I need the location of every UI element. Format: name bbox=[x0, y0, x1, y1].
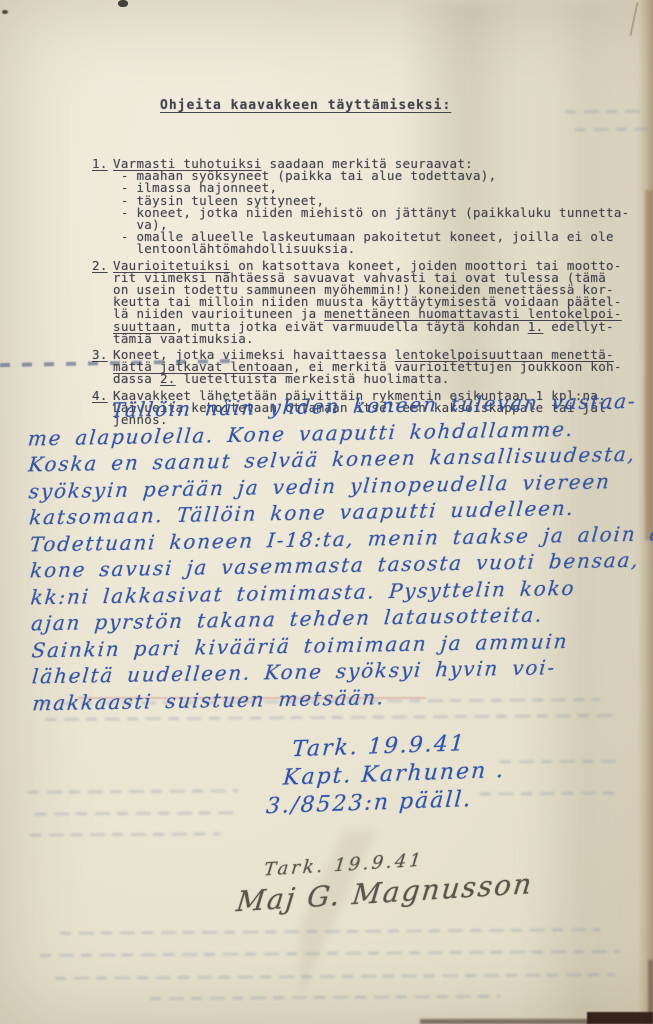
typed-line: lentoonlähtömahdollisuuksia. bbox=[113, 243, 632, 255]
typed-line: dassa 2. lueteltuista merkeistä huolimat… bbox=[113, 373, 632, 385]
typed-line: - koneet, jotka niiden miehistö on jättä… bbox=[113, 207, 632, 219]
scanned-document-page: Ohjeita kaavakkeen täyttämiseksi: 1.Varm… bbox=[0, 0, 653, 1024]
bleed-through-mark bbox=[28, 789, 238, 793]
typed-item: 3.Koneet, jotka viimeksi havaittaessa le… bbox=[92, 349, 632, 386]
typed-title: Ohjeita kaavakkeen täyttämiseksi: bbox=[160, 100, 632, 112]
signature-block-ink: Tark. 19.9.41 Kapt. Karhunen . 3./8523:n… bbox=[265, 729, 508, 822]
typed-item: 1.Varmasti tuhotuiksi saadaan merkitä se… bbox=[92, 158, 632, 256]
item-number: 2. bbox=[92, 260, 113, 345]
page-edge bbox=[648, 960, 653, 1020]
dark-corner bbox=[587, 1012, 653, 1024]
dark-corner bbox=[420, 1019, 590, 1024]
ink-speck bbox=[2, 10, 8, 14]
ink-speck bbox=[118, 0, 128, 7]
handwritten-account: Tällöin näin yhden koneen tulevan vastaa… bbox=[27, 388, 652, 717]
typed-line: tämiä vaatimuksia. bbox=[113, 333, 632, 345]
bleed-through-mark bbox=[35, 811, 235, 815]
typed-item: 2.Vaurioitetuiksi on katsottava koneet, … bbox=[92, 260, 632, 345]
bleed-through-mark bbox=[30, 832, 220, 836]
typed-items: 1.Varmasti tuhotuiksi saadaan merkitä se… bbox=[92, 158, 632, 426]
item-number: 1. bbox=[92, 158, 113, 256]
item-number: 3. bbox=[92, 349, 113, 386]
